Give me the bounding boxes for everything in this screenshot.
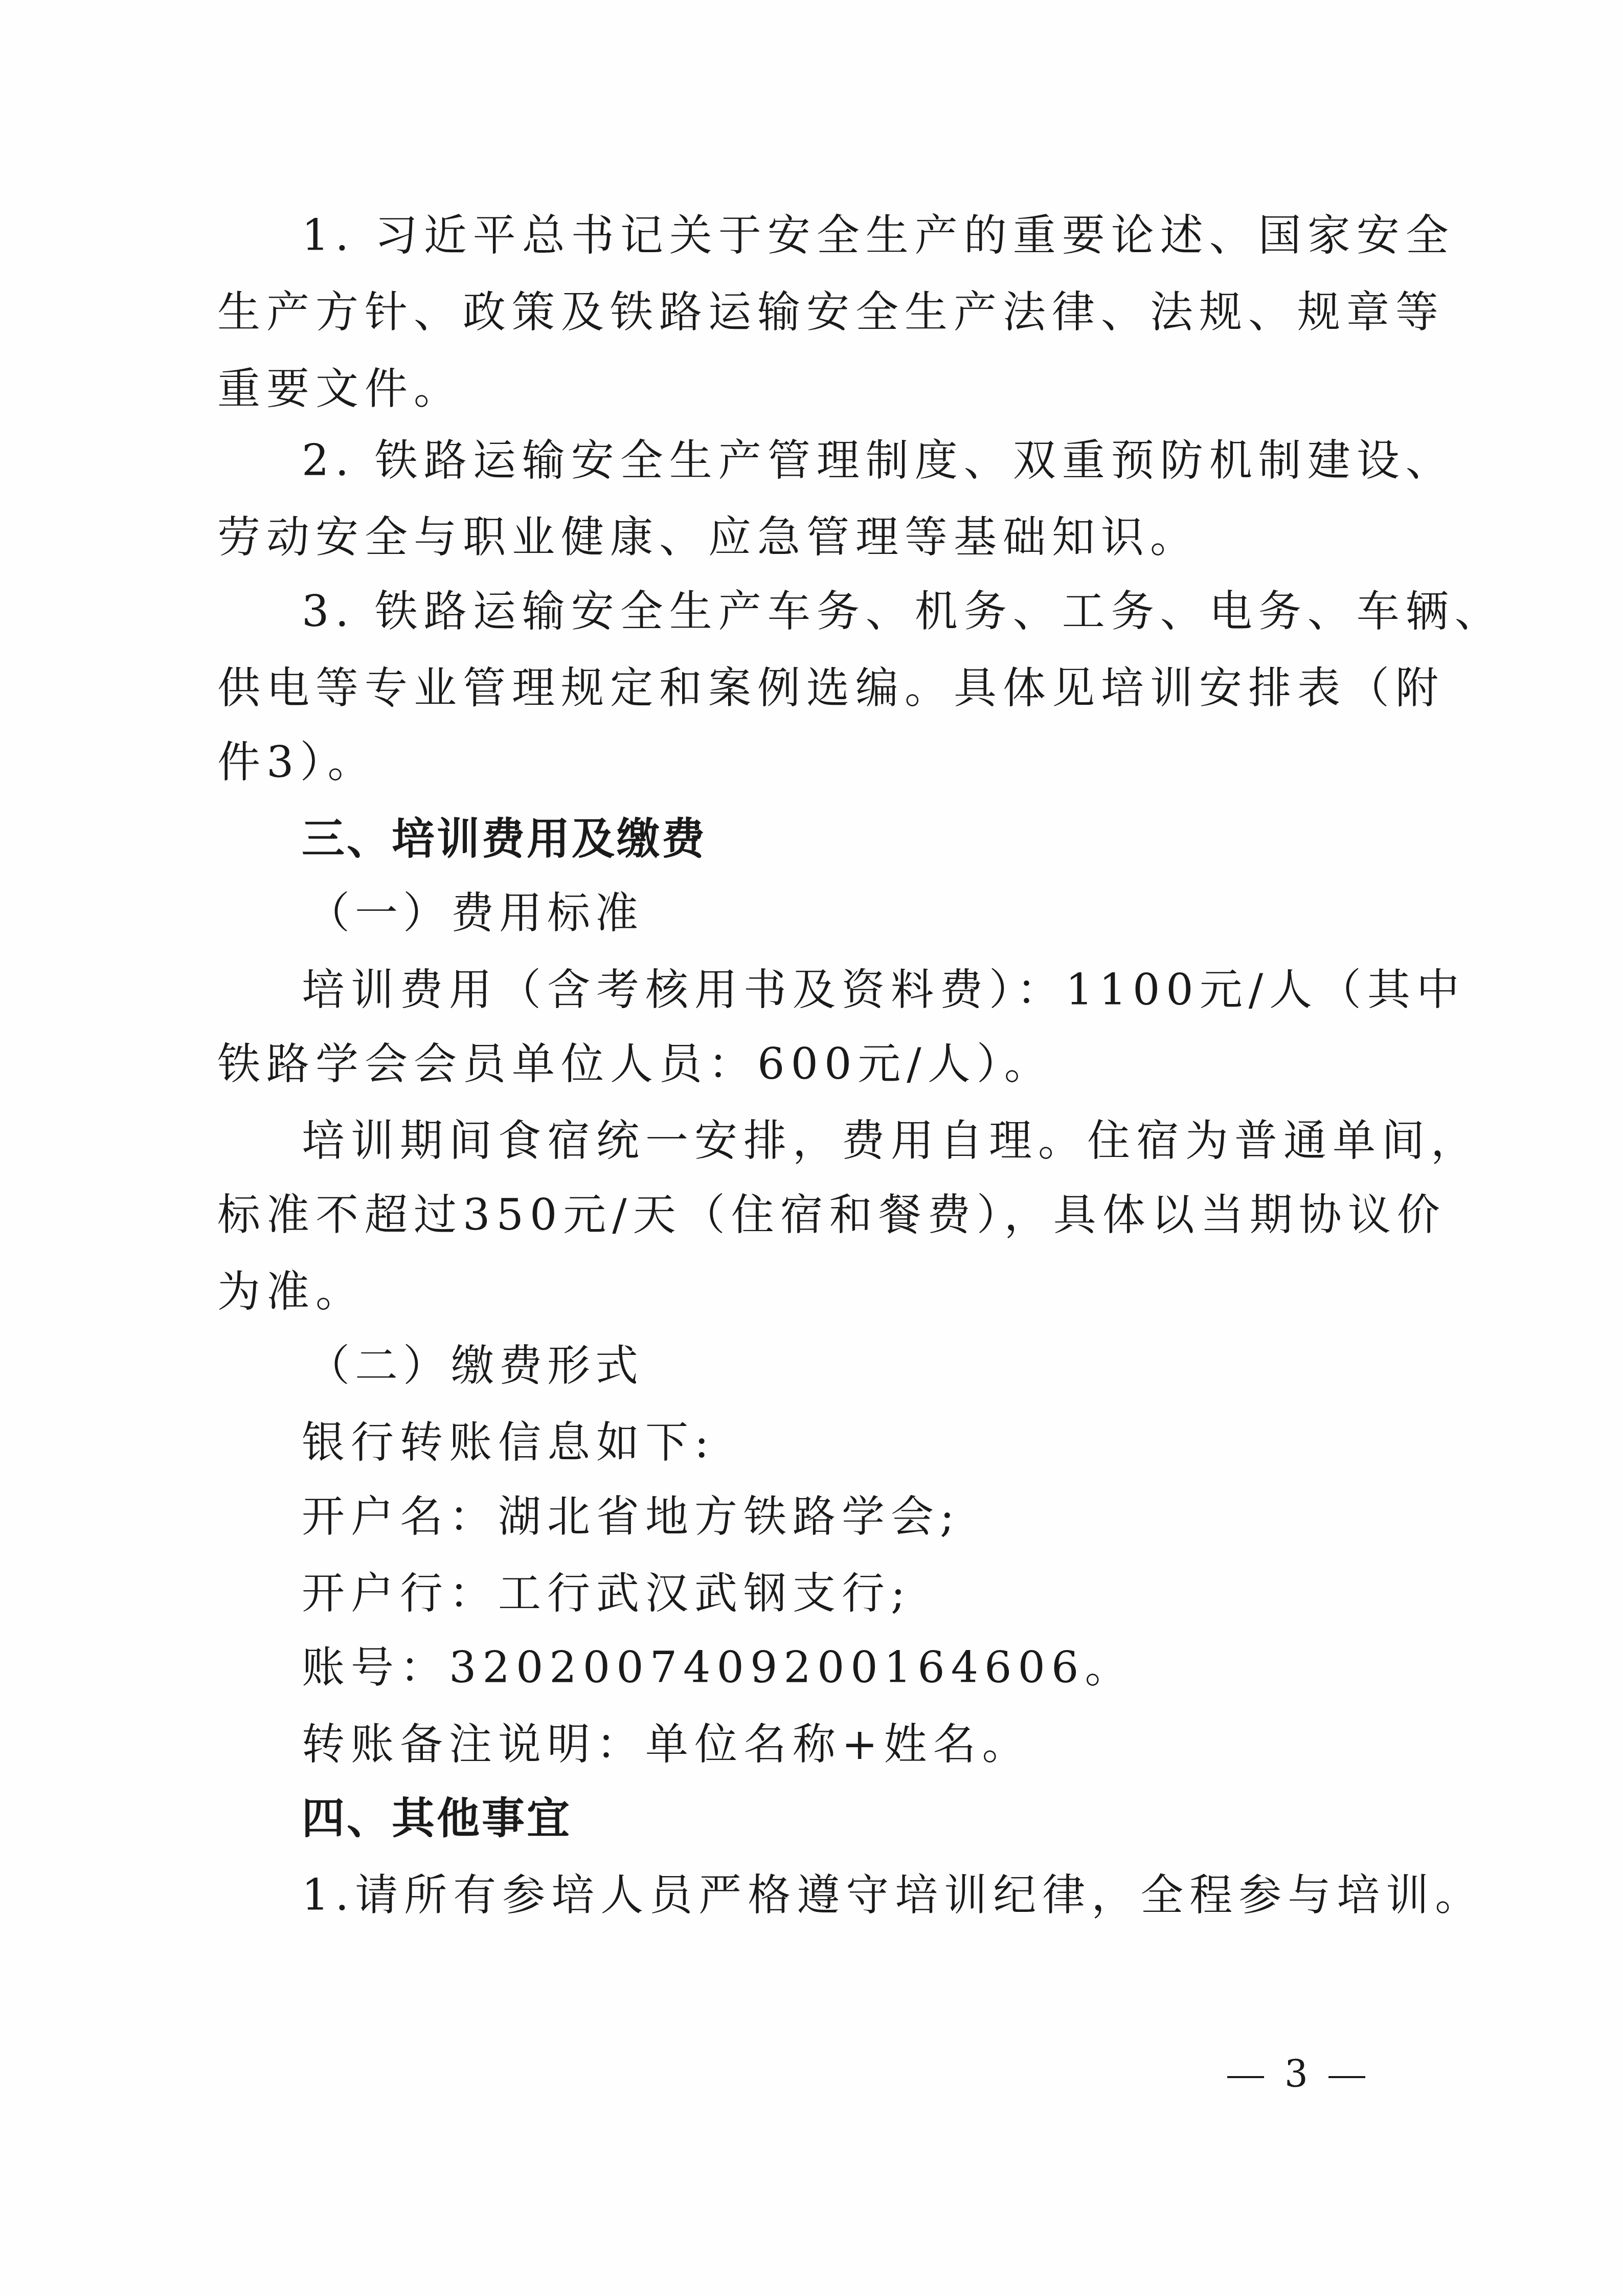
- list-item-3-line-2: 供电等专业管理规定和案例选编。具体见培训安排表（附: [217, 662, 1368, 714]
- fee-paragraph-2-line-2: 标准不超过350元/天（住宿和餐费），具体以当期协议价: [217, 1189, 1368, 1240]
- document-page: 1. 习近平总书记关于安全生产的重要论述、国家安全 生产方针、政策及铁路运输安全…: [0, 0, 1623, 2296]
- list-item-2-line-2: 劳动安全与职业健康、应急管理等基础知识。: [217, 511, 1368, 563]
- account-name: 开户名：湖北省地方铁路学会;: [302, 1491, 1452, 1542]
- fee-paragraph-1-line-1: 培训费用（含考核用书及资料费）：1100元/人（其中: [302, 964, 1452, 1015]
- fee-paragraph-2-line-1: 培训期间食宿统一安排，费用自理。住宿为普通单间，: [302, 1115, 1452, 1166]
- bank-branch: 开户行：工行武汉武钢支行;: [302, 1568, 1452, 1619]
- dash-right: [1328, 2076, 1365, 2078]
- fee-standard-subheading: （一）费用标准: [307, 887, 1457, 939]
- list-item-1-line-3: 重要文件。: [217, 363, 1368, 414]
- other-matters-item-1: 1.请所有参培人员严格遵守培训纪律，全程参与培训。: [302, 1869, 1452, 1921]
- list-item-1-line-2: 生产方针、政策及铁路运输安全生产法律、法规、规章等: [217, 286, 1368, 338]
- transfer-remark: 转账备注说明：单位名称+姓名。: [302, 1719, 1452, 1770]
- section-four-heading: 四、其他事宜: [302, 1793, 1452, 1844]
- page-number: 3: [1207, 2051, 1386, 2097]
- fee-paragraph-1-line-2: 铁路学会会员单位人员：600元/人）。: [217, 1038, 1368, 1089]
- list-item-1-line-1: 1. 习近平总书记关于安全生产的重要论述、国家安全: [302, 210, 1452, 261]
- list-item-3-line-3: 件3）。: [217, 737, 1368, 788]
- page-number-value: 3: [1284, 2053, 1308, 2096]
- payment-method-subheading: （二）缴费形式: [307, 1340, 1457, 1391]
- section-three-heading: 三、培训费用及缴费: [302, 813, 1452, 864]
- fee-paragraph-2-line-3: 为准。: [217, 1266, 1368, 1317]
- list-item-2-line-1: 2. 铁路运输安全生产管理制度、双重预防机制建设、: [302, 435, 1452, 486]
- account-number: 账号：3202007409200164606。: [302, 1642, 1452, 1693]
- bank-transfer-intro: 银行转账信息如下:: [302, 1417, 1452, 1468]
- list-item-3-line-1: 3. 铁路运输安全生产车务、机务、工务、电务、车辆、: [302, 586, 1452, 637]
- dash-left: [1227, 2076, 1264, 2078]
